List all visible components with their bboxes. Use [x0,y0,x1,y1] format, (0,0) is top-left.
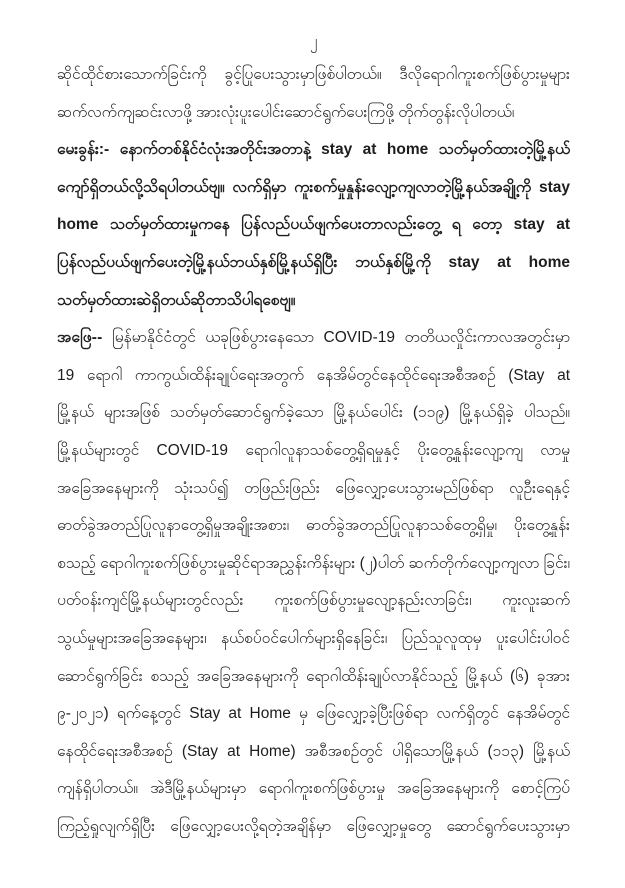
answer-lines: 19 ရောဂါ ကာကွယ်၊ထိန်းချုပ်ရေးအတွက် နေအိမ… [57,357,570,846]
text-line: 19 ရောဂါ ကာကွယ်၊ထိန်းချုပ်ရေးအတွက် နေအိမ… [57,357,570,395]
answer-paragraph: အဖြေ-- မြန်မာနိုင်ငံတွင် ယခုဖြစ်ပွားနေသေ… [57,319,570,845]
text-line: ပတ်ဝန်းကျင်မြို့နယ်များတွင်လည်း ကူးစက်ဖြ… [57,582,570,620]
answer-first-line: အဖြေ-- မြန်မာနိုင်ငံတွင် ယခုဖြစ်ပွားနေသေ… [57,319,570,357]
intro-paragraph: ဆိုင်ထိုင်စားသောက်ခြင်းကို ခွင့်ပြုပေးသွ… [57,56,570,131]
answer-first-line-text: မြန်မာနိုင်ငံတွင် ယခုဖြစ်ပွားနေသော COVID… [57,329,570,357]
text-line: home သတ်မှတ်ထားမှုကနေ ပြန်လည်ပယ်ဖျက်ပေးတ… [57,206,570,244]
text-line: ဓာတ်ခွဲအတည်ပြုလူနာတွေ့ရှိမှုအချိုးအစား၊ … [57,507,570,545]
question-label: မေးခွန်း:- [57,141,109,158]
document-page: ၂ ဆိုင်ထိုင်စားသောက်ခြင်းကို ခွင့်ပြုပေး… [0,0,625,888]
answer-label: အဖြေ-- [57,329,103,346]
text-line: ဆက်လက်ကျဆင်းလာဖို့ အားလုံးပူးပေါင်းဆောင်… [57,94,570,132]
text-line: သတ်မှတ်ထားဆဲရှိတယ်ဆိုတာသိပါရစေဗျ။ [57,282,570,320]
question-paragraph: မေးခွန်း:- နောက်တစ်နိုင်ငံလုံးအတိုင်းအတာ… [57,131,570,319]
text-line: ကြည့်ရှုလျက်ရှိပြီး ဖြေလျှော့ပေးလို့ရတဲ့… [57,808,570,846]
page-number: ၂ [57,28,570,56]
text-line: အခြေအနေများကို သုံးသပ်၍ တဖြည်းဖြည်း ဖြေလ… [57,470,570,508]
text-line: နေထိုင်ရေးအစီအစဉ် (Stay at Home) အစီအစဉ်… [57,733,570,771]
text-line: ၉-၂၀၂၁) ရက်နေ့တွင် Stay at Home မှ ဖြေလျ… [57,695,570,733]
page-content: ၂ ဆိုင်ထိုင်စားသောက်ခြင်းကို ခွင့်ပြုပေး… [0,0,625,845]
text-line: မြို့နယ်များတွင် COVID-19 ရောဂါလူနာသစ်တွ… [57,432,570,470]
text-line: ဆိုင်ထိုင်စားသောက်ခြင်းကို ခွင့်ပြုပေးသွ… [57,56,570,94]
text-line: ဆောင်ရွက်ခြင်း စသည့် အခြေအနေများကို ရောဂ… [57,658,570,696]
text-line: ကျန်ရှိပါတယ်။ အဲဒီမြို့နယ်များမှာ ရောဂါက… [57,770,570,808]
question-first-line: မေးခွန်း:- နောက်တစ်နိုင်ငံလုံးအတိုင်းအတာ… [57,131,570,169]
text-line: သွယ်မှုများအခြေအနေများ၊ နယ်စပ်ဝင်ပေါက်မျ… [57,620,570,658]
text-line: ကျော်ရှိတယ်လို့သိရပါတယ်ဗျ။ လက်ရှိမှာ ကူး… [57,169,570,207]
question-lines: ကျော်ရှိတယ်လို့သိရပါတယ်ဗျ။ လက်ရှိမှာ ကူး… [57,169,570,319]
question-first-line-text: နောက်တစ်နိုင်ငံလုံးအတိုင်းအတာနဲ့ stay at… [57,141,570,169]
text-line: ပြန်လည်ပယ်ဖျက်ပေးတဲ့မြို့နယ်ဘယ်နှစ်မြို့… [57,244,570,282]
text-line: စသည့် ရောဂါကူးစက်ဖြစ်ပွားမှုဆိုင်ရာအညွှန… [57,545,570,583]
text-line: မြို့နယ် များအဖြစ် သတ်မှတ်ဆောင်ရွက်ခဲ့သေ… [57,394,570,432]
